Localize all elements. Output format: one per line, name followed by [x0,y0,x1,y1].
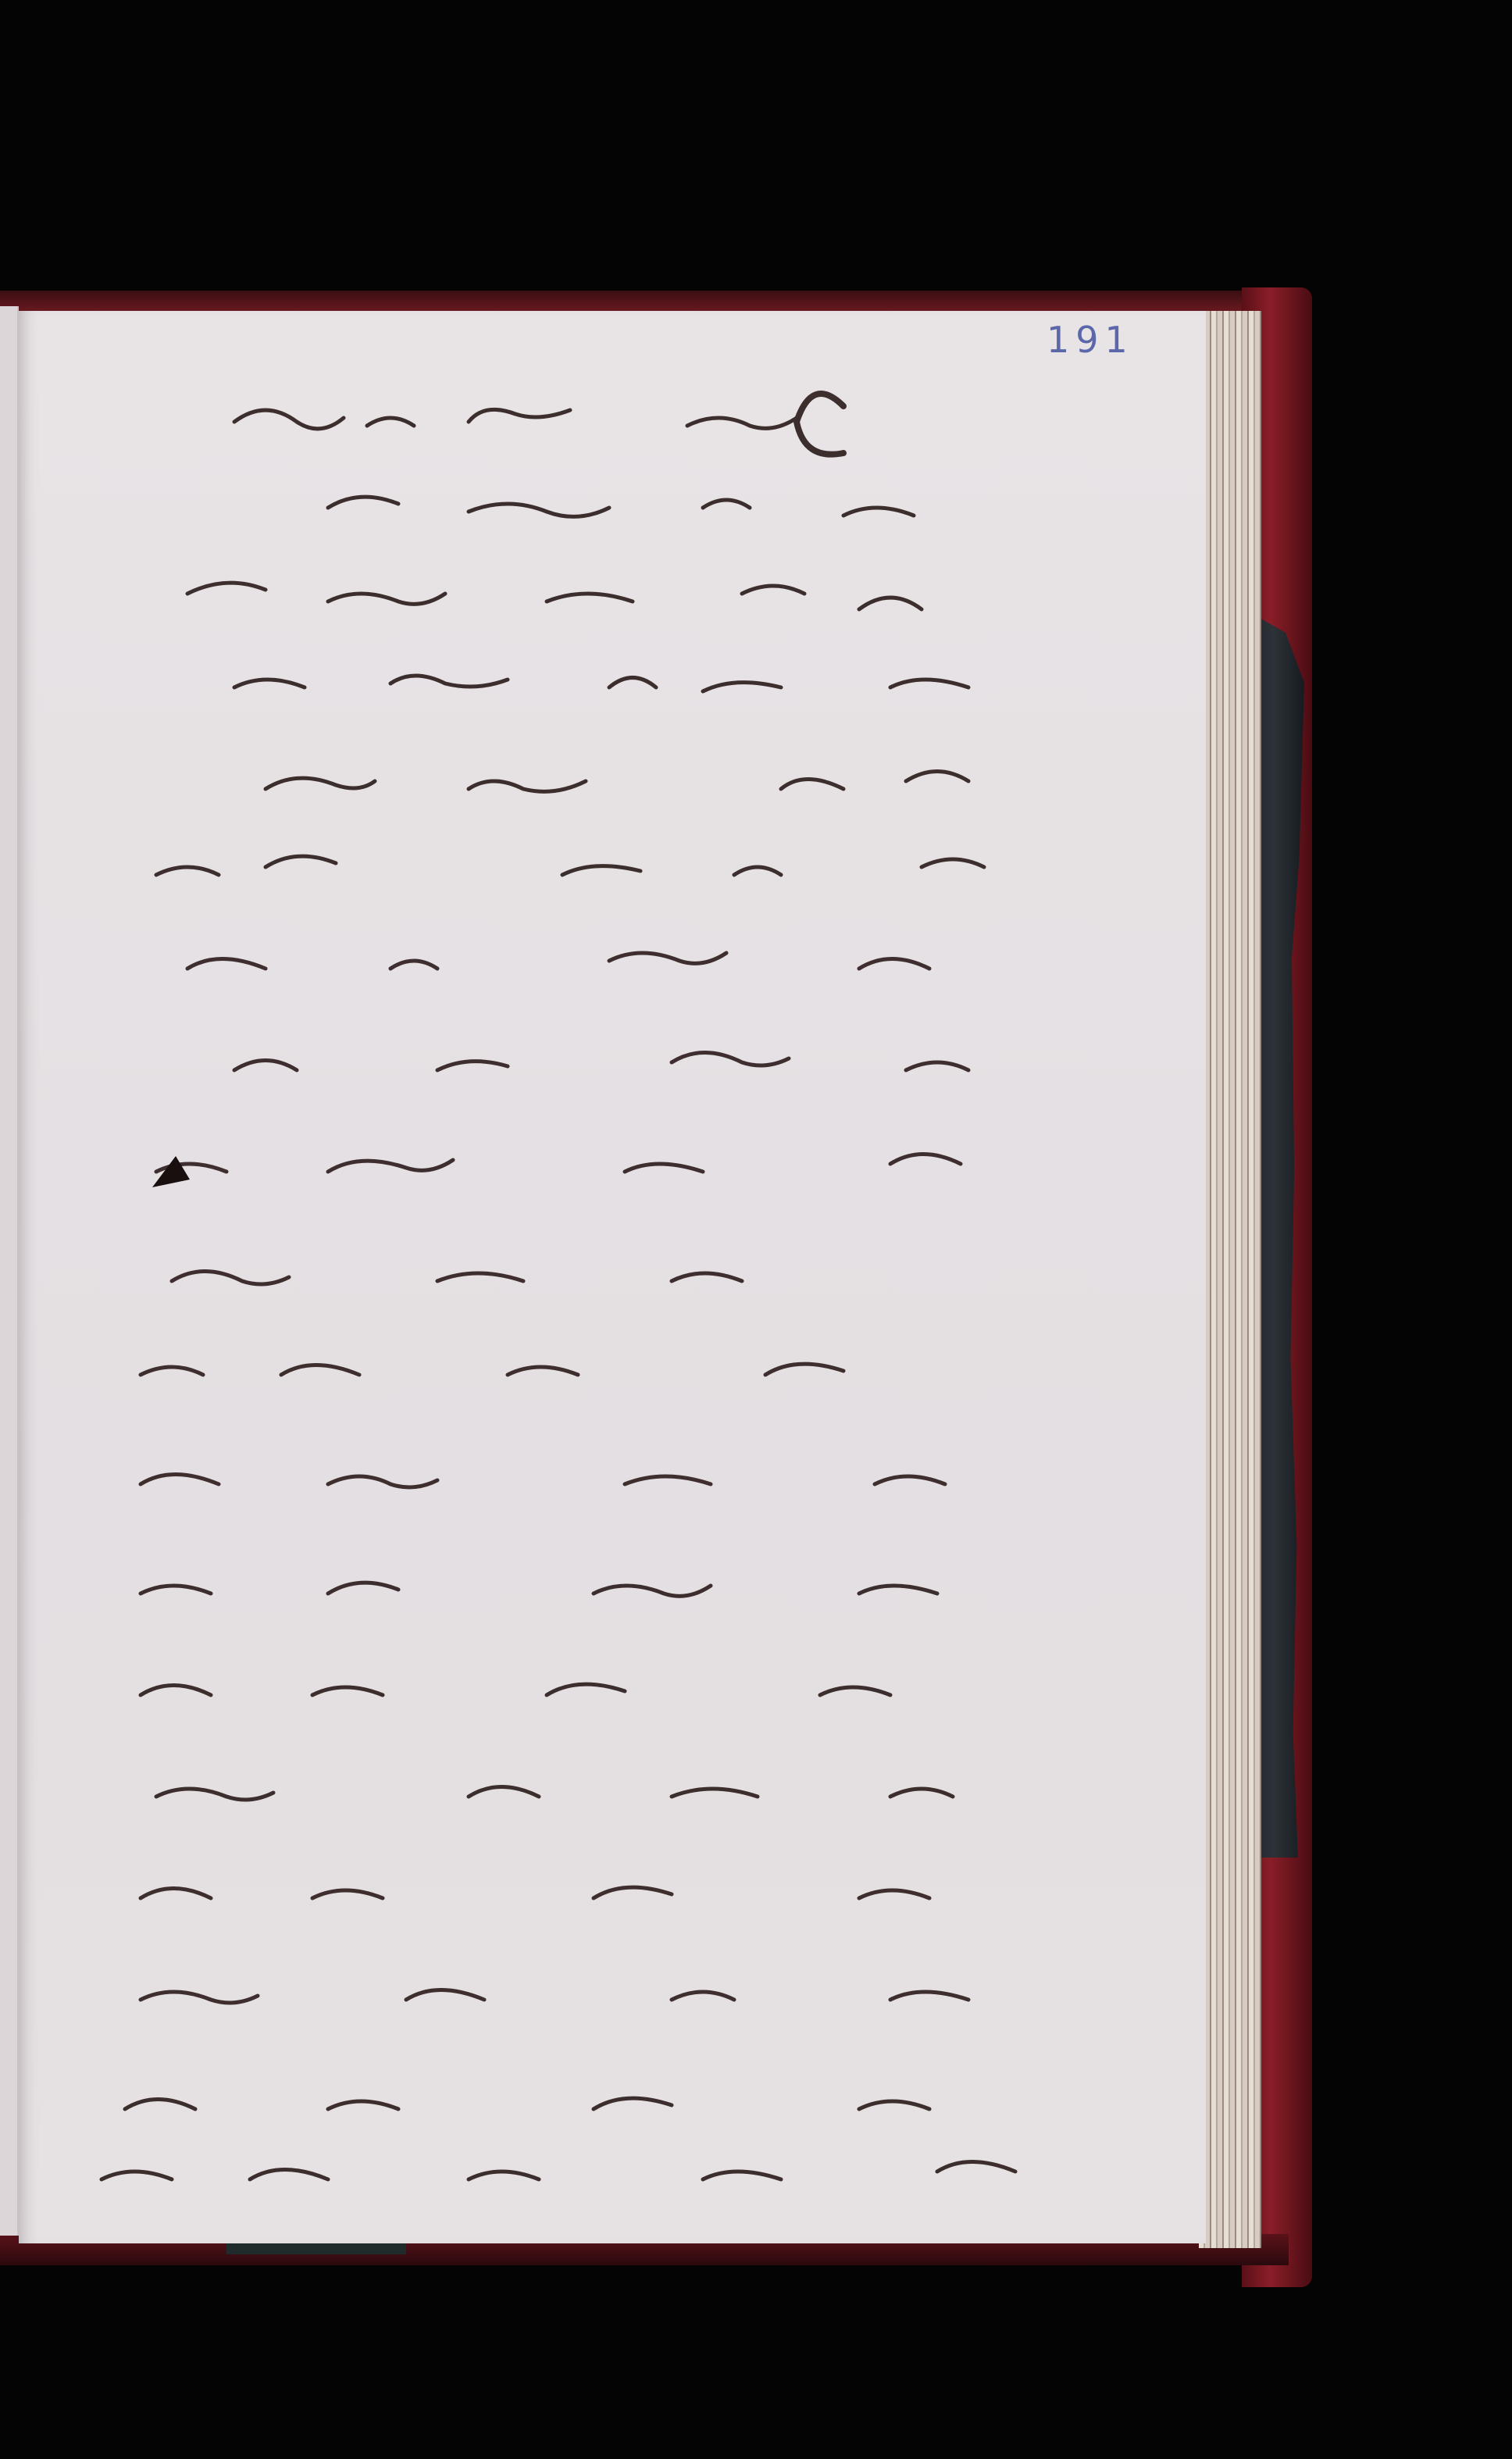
handwriting-strokes [0,0,1512,2459]
